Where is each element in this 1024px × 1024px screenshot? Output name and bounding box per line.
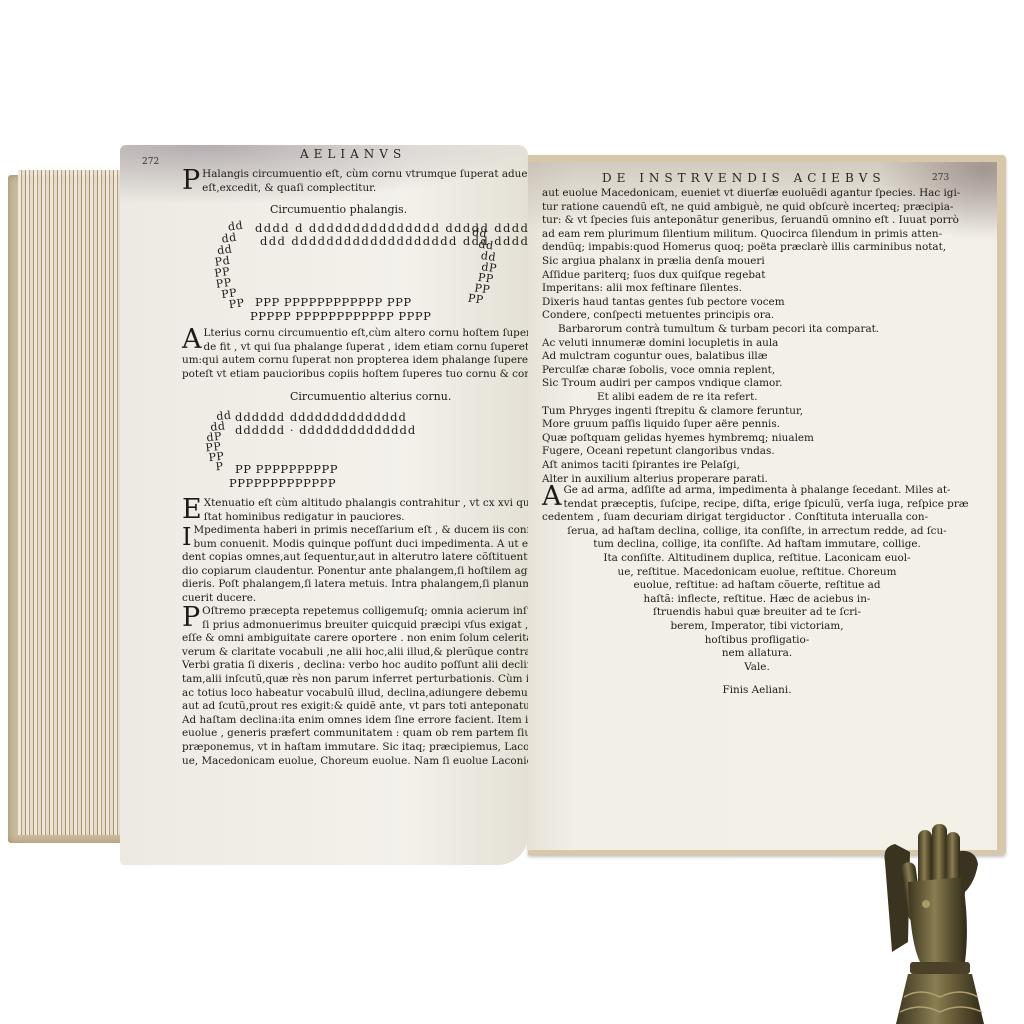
- verse-intro: Et alibi eadem de re ita refert.: [542, 391, 879, 405]
- page-block-edges: [18, 170, 128, 835]
- page-number-right: 273: [932, 173, 949, 183]
- dropcap: I: [182, 525, 191, 549]
- diagram-caption: Circumuentio phalangis.: [270, 203, 407, 216]
- paragraph-3: E Xtenuatio eſt cùm altitudo phalangis c…: [182, 497, 528, 524]
- paragraph-5: P Oſtremo præcepta repetemus colligemuſq…: [182, 605, 528, 782]
- running-head-left: AELIANVS: [300, 147, 406, 161]
- running-head-right: DE INSTRVENDIS ACIEBVS: [602, 171, 886, 185]
- dropcap: P: [182, 606, 200, 630]
- dropcap: P: [182, 169, 200, 193]
- paragraph-2: A Lterius cornu circumuentio eſt,cùm alt…: [182, 327, 528, 381]
- diagram-caption: Circumuentio alterius cornu.: [290, 390, 451, 403]
- paragraph-4: I Mpedimenta haberi in primis neceſſariu…: [182, 524, 528, 606]
- paragraph-1: P Halangis circumuentio eſt, cùm cornu v…: [182, 168, 528, 195]
- dropcap: A: [182, 328, 202, 352]
- book-photo: DE INSTRVENDIS ACIEBVS 273 aut euolue Ma…: [0, 0, 1024, 1024]
- verse-block-1: Sic argiua phalanx in prælia denſa mouer…: [542, 255, 879, 486]
- right-page: DE INSTRVENDIS ACIEBVS 273 aut euolue Ma…: [527, 162, 997, 850]
- left-page: AELIANVS 272 P Halangis circumuentio eſt…: [120, 145, 528, 865]
- dropcap: A: [542, 485, 562, 509]
- final-paragraph: A Ge ad arma, adſiſte ad arma, impedimen…: [542, 484, 972, 698]
- hand-book-stand-icon: [880, 822, 985, 1024]
- page-number-left: 272: [142, 157, 159, 167]
- verse-intro: Barbarorum contrà tumultum & turbam peco…: [542, 323, 879, 337]
- dropcap: E: [182, 498, 202, 522]
- prose-block: aut euolue Macedonicam, eueniet vt diuer…: [542, 187, 960, 255]
- colophon: Finis Aeliani.: [542, 684, 972, 698]
